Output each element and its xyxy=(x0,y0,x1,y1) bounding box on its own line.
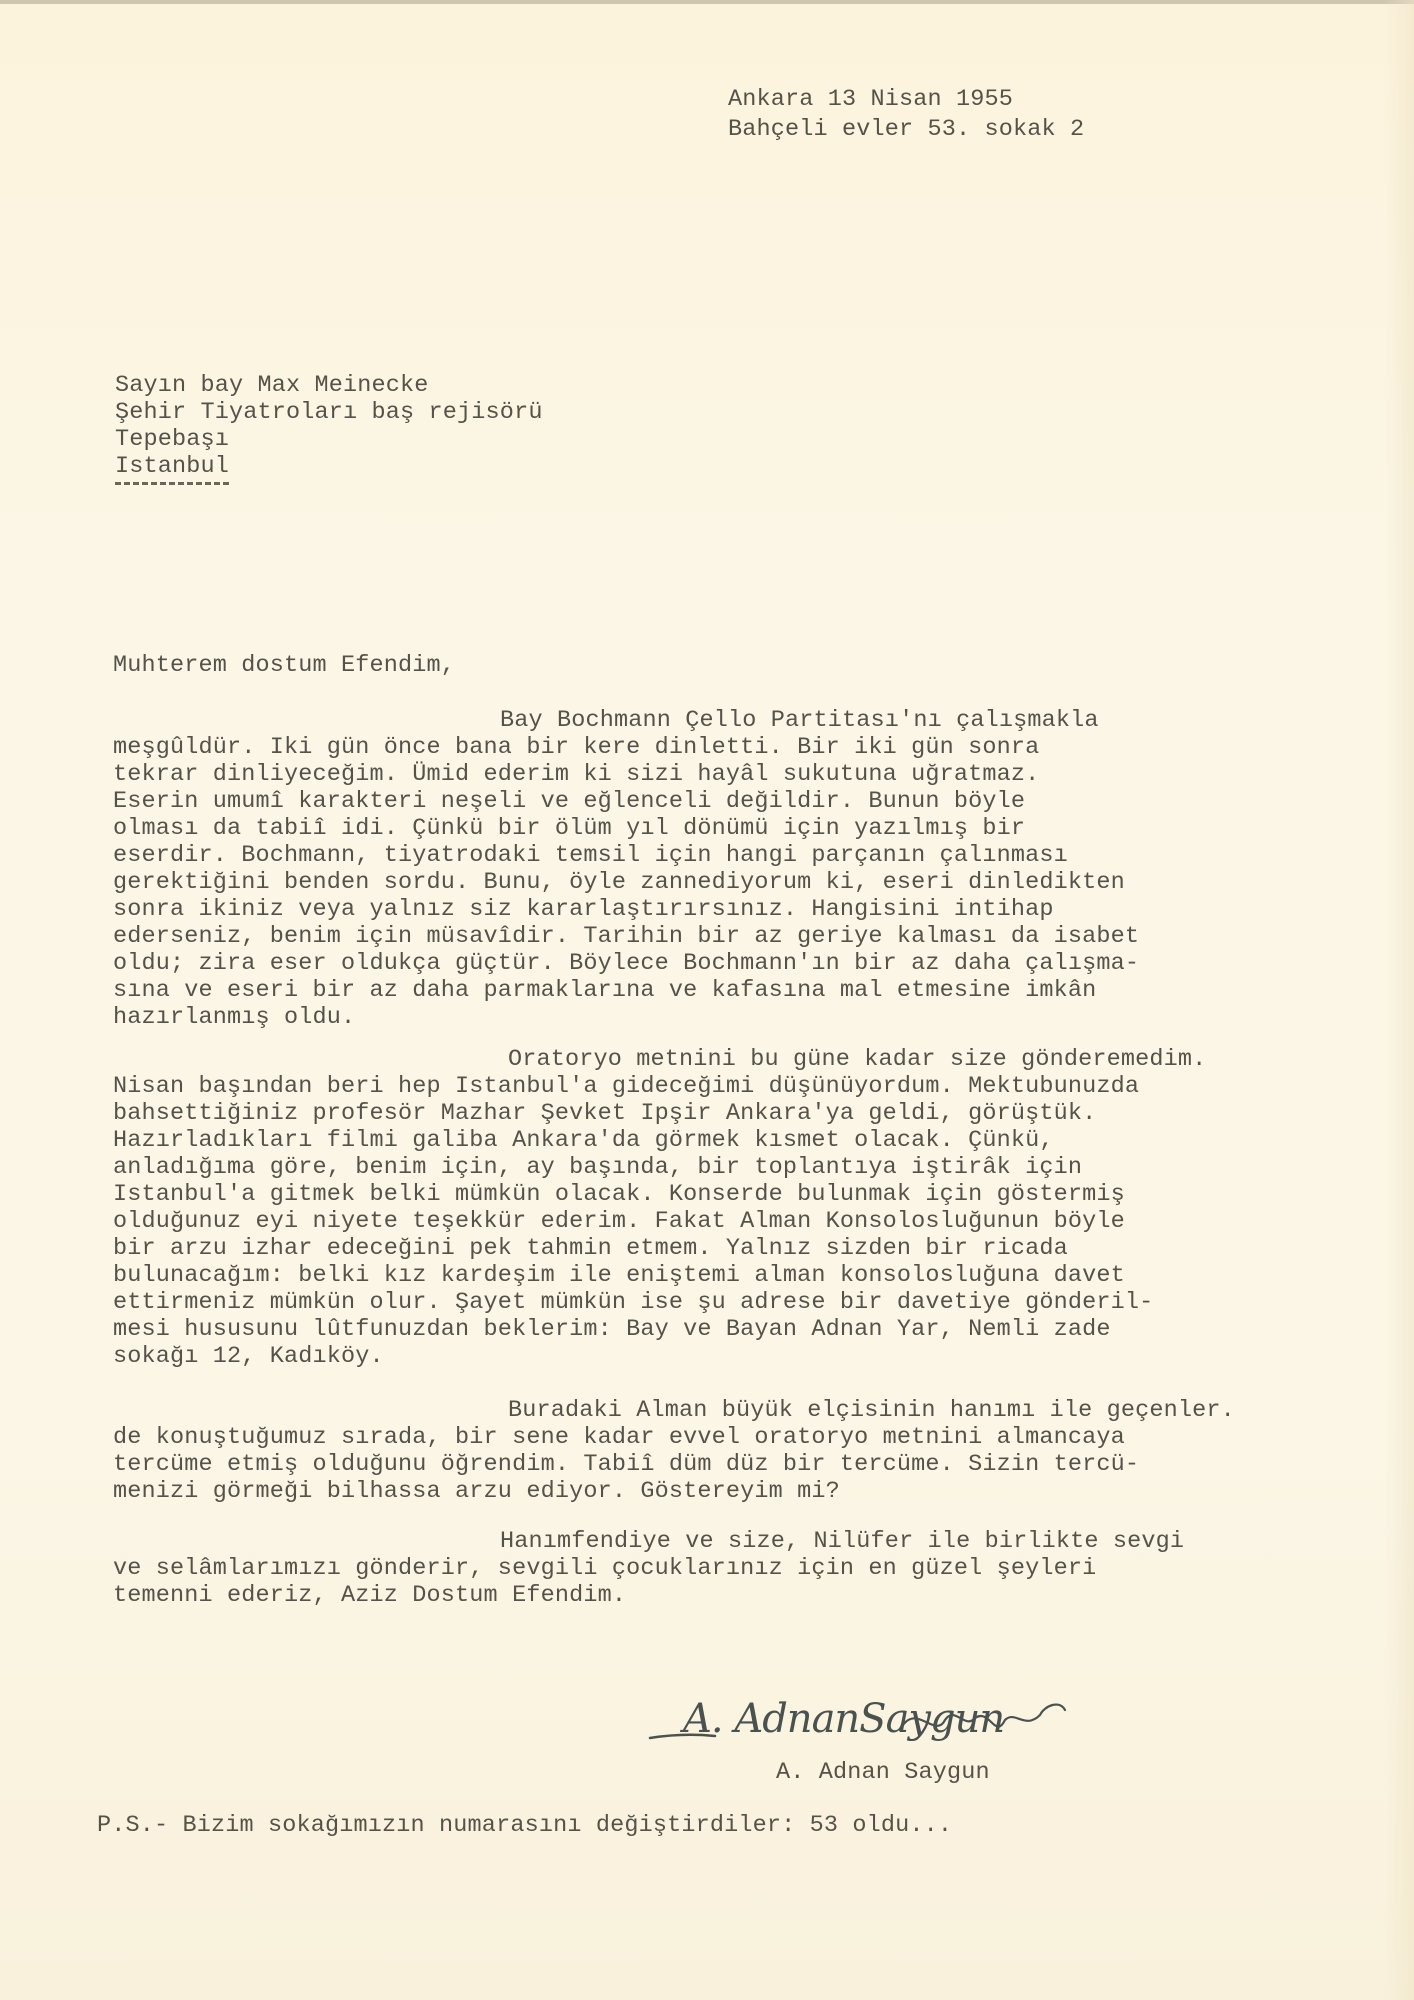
text-line: mesi hususunu lûtfunuzdan beklerim: Bay … xyxy=(113,1316,1111,1344)
text-line: sokağı 12, Kadıköy. xyxy=(113,1343,384,1371)
text-line: Eserin umumî karakteri neşeli ve eğlence… xyxy=(113,788,1025,816)
text-line: Istanbul'a gitmek belki mümkün olacak. K… xyxy=(113,1181,1125,1209)
signature-text: A. AdnanSaygun xyxy=(683,1696,1004,1742)
text-line: bahsettiğiniz profesör Mazhar Şevket Ipş… xyxy=(113,1100,1096,1128)
text-line: ettirmeniz mümkün olur. Şayet mümkün ise… xyxy=(113,1289,1153,1317)
text-line: bulunacağım: belki kız kardeşim ile eniş… xyxy=(113,1262,1125,1290)
text-line: gerektiğini benden sordu. Bunu, öyle zan… xyxy=(113,869,1125,897)
recipient-city-text: Istanbul xyxy=(115,453,229,485)
text-line: tekrar dinliyeceğim. Ümid ederim ki sizi… xyxy=(113,761,1039,789)
date-line: Ankara 13 Nisan 1955 xyxy=(728,86,1013,114)
text-line: bir arzu izhar edeceğini pek tahmin etme… xyxy=(113,1235,1068,1263)
typed-signature-name: A. Adnan Saygun xyxy=(776,1759,990,1787)
text-line: de konuştuğumuz sırada, bir sene kadar e… xyxy=(113,1424,1125,1452)
text-line: Bay Bochmann Çello Partitası'nı çalışmak… xyxy=(500,707,1099,735)
text-line: meşgûldür. Iki gün önce bana bir kere di… xyxy=(113,734,1039,762)
postscript: P.S.- Bizim sokağımızın numarasını değiş… xyxy=(97,1812,952,1840)
text-line: ederseniz, benim için müsavîdir. Tarihin… xyxy=(113,923,1139,951)
text-line: temenni ederiz, Aziz Dostum Efendim. xyxy=(113,1582,626,1610)
text-line: oldu; zira eser oldukça güçtür. Böylece … xyxy=(113,950,1139,978)
text-line: eserdir. Bochmann, tiyatrodaki temsil iç… xyxy=(113,842,1068,870)
text-line: anladığıma göre, benim için, ay başında,… xyxy=(113,1154,1082,1182)
text-line: Nisan başından beri hep Istanbul'a gidec… xyxy=(113,1073,1139,1101)
text-line: hazırlanmış oldu. xyxy=(113,1004,355,1032)
text-line: tercüme etmiş olduğunu öğrendim. Tabiî d… xyxy=(113,1451,1139,1479)
text-line: Oratoryo metnini bu güne kadar size gönd… xyxy=(508,1046,1206,1074)
handwritten-signature: A. AdnanSaygun xyxy=(645,1690,1115,1760)
text-line: olması da tabiî idi. Çünkü bir ölüm yıl … xyxy=(113,815,1025,843)
text-line: sına ve eseri bir az daha parmaklarına v… xyxy=(113,977,1096,1005)
text-line: Hazırladıkları filmi galiba Ankara'da gö… xyxy=(113,1127,1054,1155)
text-line: Buradaki Alman büyük elçisinin hanımı il… xyxy=(508,1397,1235,1425)
text-line: ve selâmlarımızı gönderir, sevgili çocuk… xyxy=(113,1555,1096,1583)
recipient-city: Istanbul xyxy=(115,453,229,481)
letter-page: Ankara 13 Nisan 1955 Bahçeli evler 53. s… xyxy=(0,0,1414,2000)
text-line: menizi görmeği bilhassa arzu ediyor. Gös… xyxy=(113,1478,840,1506)
sender-address: Bahçeli evler 53. sokak 2 xyxy=(728,116,1084,144)
text-line: olduğunuz eyi niyete teşekkür ederim. Fa… xyxy=(113,1208,1125,1236)
text-line: sonra ikiniz veya yalnız siz kararlaştır… xyxy=(113,896,1054,924)
salutation: Muhterem dostum Efendim, xyxy=(113,652,455,680)
recipient-name: Sayın bay Max Meinecke xyxy=(115,372,429,400)
recipient-district: Tepebaşı xyxy=(115,426,229,454)
recipient-title: Şehir Tiyatroları baş rejisörü xyxy=(115,399,543,427)
text-line: Hanımfendiye ve size, Nilüfer ile birlik… xyxy=(500,1528,1184,1556)
